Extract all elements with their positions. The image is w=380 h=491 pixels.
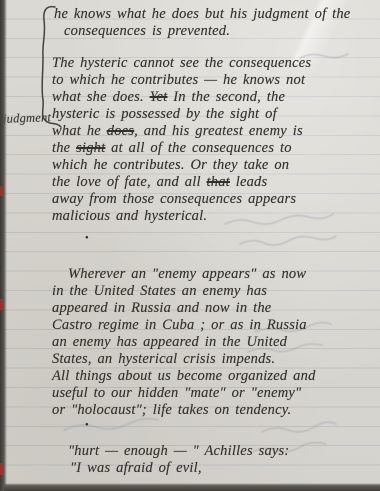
handwritten-segment: the love of fate, and all xyxy=(52,174,207,190)
handwritten-line: the love of fate, and all that leads xyxy=(52,174,376,191)
handwritten-segment: "hurt — enough — " Achilles says: xyxy=(68,443,289,459)
handwritten-segment: to which he contributes — he knows not xyxy=(52,72,305,88)
handwritten-segment: useful to our hidden "mate" or "enemy" xyxy=(52,385,301,401)
quote-achilles: "hurt — enough — " Achilles says:"I was … xyxy=(68,443,376,477)
notebook-page-scan: judgment he knows what he does but his j… xyxy=(0,0,380,491)
struck-word: that xyxy=(207,174,230,190)
handwritten-segment: States, an hysterical crisis impends. xyxy=(52,351,275,367)
handwritten-segment: , and his greatest enemy is xyxy=(134,123,303,139)
handwritten-segment: The hysteric cannot see the consequences xyxy=(52,55,311,71)
handwritten-line: to which he contributes — he knows not xyxy=(52,72,376,89)
handwritten-line: what she does. Yet In the second, the xyxy=(52,89,376,106)
handwritten-segment: hysteric is possessed by the sight of xyxy=(52,106,277,122)
para-judgment-prevented: he knows what he does but his judgment o… xyxy=(52,6,376,40)
handwritten-segment: In the second, the xyxy=(167,89,285,105)
binding-mark-red xyxy=(0,186,3,196)
handwritten-segment: leads xyxy=(230,174,267,190)
section-dot: • xyxy=(85,233,376,245)
page-binding-edge xyxy=(0,0,7,491)
handwritten-line: which he contributes. Or they take on xyxy=(52,157,376,174)
handwritten-segment: away from those consequences appears xyxy=(52,191,296,207)
handwritten-line: away from those consequences appears xyxy=(52,191,376,208)
handwritten-line: "I was afraid of evil, xyxy=(68,460,376,477)
margin-note: judgment xyxy=(3,110,52,127)
struck-word: Yet xyxy=(150,89,168,105)
handwritten-segment: what he xyxy=(52,123,107,139)
handwritten-segment: Castro regime in Cuba ; or as in Russia xyxy=(52,317,307,333)
handwritten-line: he knows what he does but his judgment o… xyxy=(52,6,376,23)
handwritten-text: he knows what he does but his judgment o… xyxy=(52,6,376,477)
handwritten-line: malicious and hysterical. xyxy=(52,208,376,225)
handwritten-line: Castro regime in Cuba ; or as in Russia xyxy=(52,317,376,334)
handwritten-segment: "I was afraid of evil, xyxy=(70,460,202,476)
handwritten-line: "hurt — enough — " Achilles says: xyxy=(68,443,376,460)
handwritten-line: hysteric is possessed by the sight of xyxy=(52,106,376,123)
handwritten-segment: consequences is prevented. xyxy=(64,23,230,39)
binding-mark-red xyxy=(0,463,3,475)
struck-word: does xyxy=(107,123,134,139)
binding-mark-red xyxy=(0,299,3,310)
handwritten-line: The hysteric cannot see the consequences xyxy=(52,55,376,72)
handwritten-segment: or "holocaust"; life takes on tendency. xyxy=(52,402,291,418)
handwritten-line: useful to our hidden "mate" or "enemy" xyxy=(52,385,376,402)
handwritten-line: consequences is prevented. xyxy=(52,23,376,40)
handwritten-segment: which he contributes. Or they take on xyxy=(52,157,289,173)
handwritten-line: Wherever an "enemy appears" as now xyxy=(52,266,376,283)
handwritten-line: or "holocaust"; life takes on tendency. xyxy=(52,402,376,419)
handwritten-segment: he knows what he does but his judgment o… xyxy=(54,6,350,22)
para-enemy-appears: Wherever an "enemy appears" as nowin the… xyxy=(52,266,376,419)
handwritten-segment: at all of the consequences to xyxy=(105,140,291,156)
handwritten-segment: the xyxy=(52,140,76,156)
para-hysteric-consequences: The hysteric cannot see the consequences… xyxy=(52,55,376,225)
handwritten-line: States, an hysterical crisis impends. xyxy=(52,351,376,368)
handwritten-line: All things about us become organized and xyxy=(52,368,376,385)
handwritten-segment: appeared in Russia and now in the xyxy=(52,300,271,316)
handwritten-line: what he does, and his greatest enemy is xyxy=(52,123,376,140)
handwritten-segment: malicious and hysterical. xyxy=(52,208,207,224)
handwritten-segment: All things about us become organized and xyxy=(52,368,316,384)
struck-word: sight xyxy=(76,140,105,156)
handwritten-segment: what she does. xyxy=(52,89,150,105)
handwritten-line: in the United States an enemy has xyxy=(52,283,376,300)
handwritten-segment: an enemy has appeared in the United xyxy=(52,334,287,350)
section-dot: • xyxy=(85,420,376,432)
handwritten-line: an enemy has appeared in the United xyxy=(52,334,376,351)
handwritten-line: the sight at all of the consequences to xyxy=(52,140,376,157)
handwritten-segment: in the United States an enemy has xyxy=(52,283,267,299)
scan-bottom-edge xyxy=(4,483,380,491)
handwritten-segment: Wherever an "enemy appears" as now xyxy=(68,266,306,282)
handwritten-line: appeared in Russia and now in the xyxy=(52,300,376,317)
